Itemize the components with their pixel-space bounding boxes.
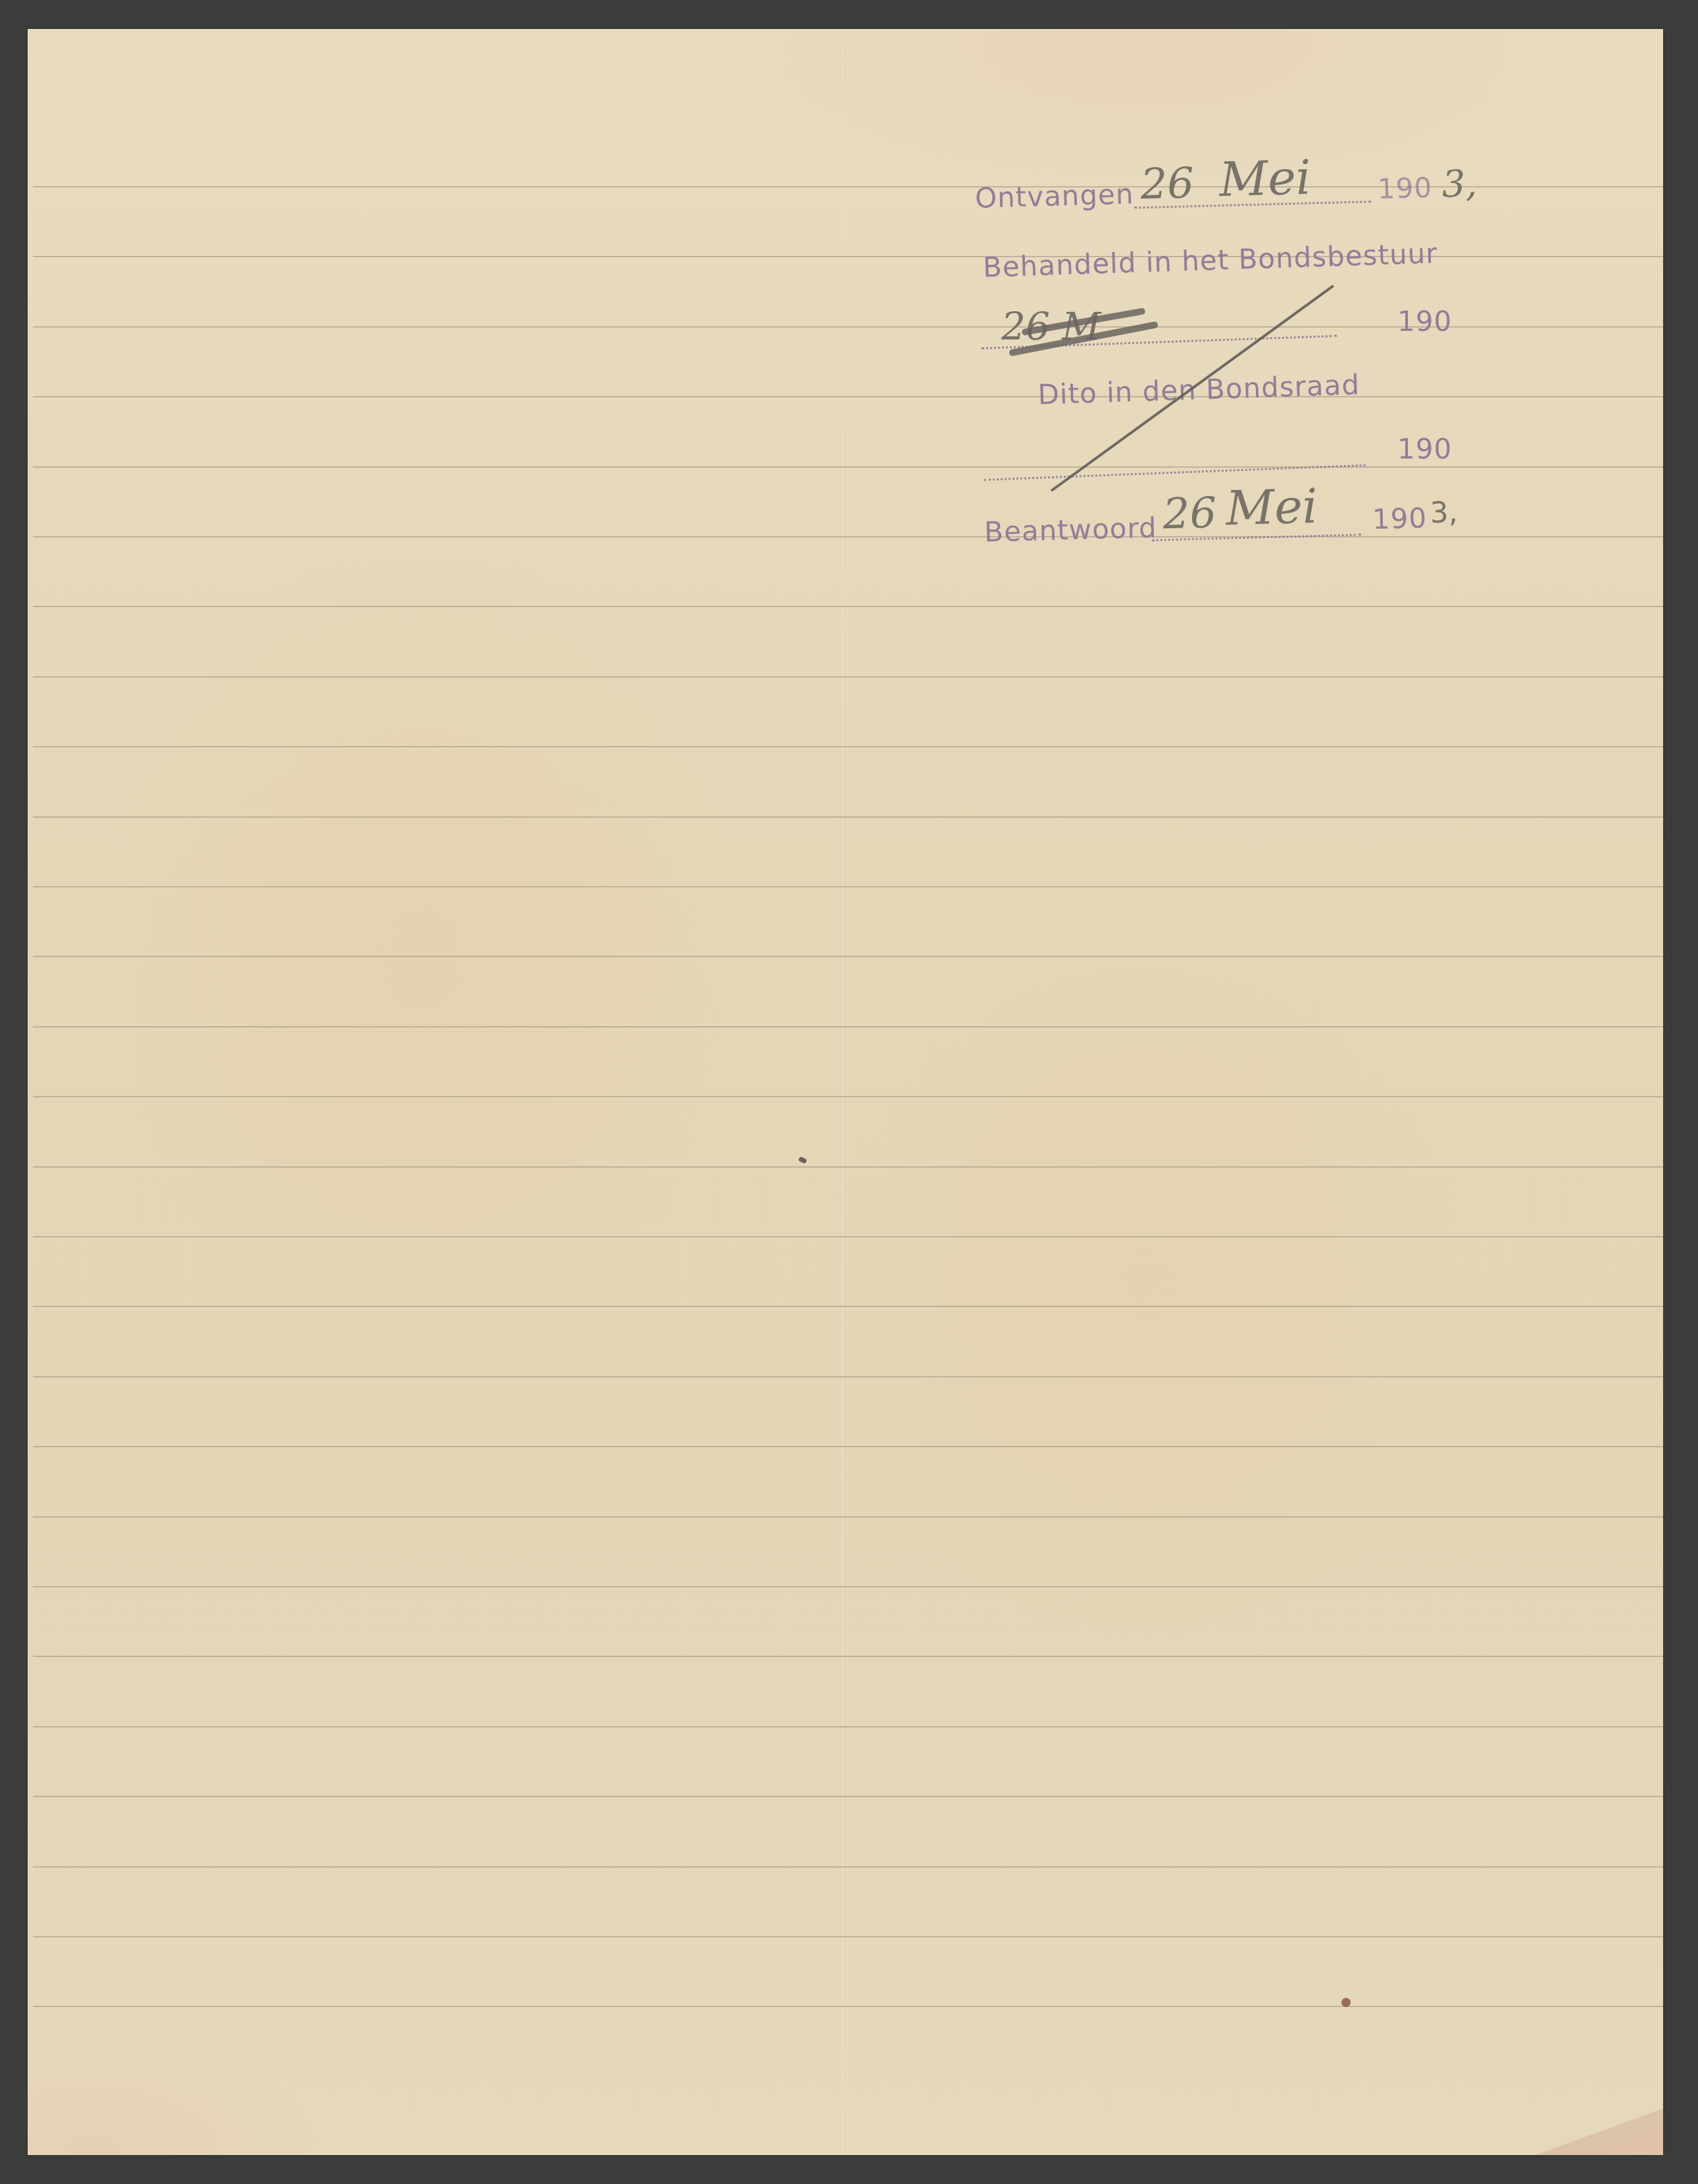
answered-year-handwritten: 3, — [1430, 496, 1458, 530]
rust-spot — [1341, 1998, 1351, 2007]
council-label: Dito in den Bondsraad — [1037, 368, 1361, 410]
ruled-line — [33, 746, 1663, 747]
vertical-fold-crease — [841, 29, 843, 2155]
answered-label: Beantwoord — [984, 511, 1158, 548]
stamp-row-answered: Beantwoord 26 Mei 190 3, — [942, 460, 1536, 555]
ruled-line — [33, 956, 1663, 957]
board-label: Behandeld in het Bondsbestuur — [982, 237, 1438, 284]
received-year-printed: 190 — [1377, 172, 1432, 205]
received-month-handwritten: Mei — [1218, 149, 1312, 207]
ruled-line — [33, 1096, 1663, 1097]
received-day-handwritten: 26 — [1140, 159, 1195, 209]
ruled-line — [33, 676, 1663, 678]
ruled-line — [33, 606, 1663, 607]
ruled-line — [33, 1936, 1663, 1937]
received-year-handwritten: 3, — [1441, 162, 1478, 206]
ruled-line — [33, 886, 1663, 887]
folded-corner — [1532, 2109, 1663, 2155]
ruled-line — [33, 1516, 1663, 1518]
ruled-line — [33, 1446, 1663, 1447]
ruled-line — [33, 1306, 1663, 1307]
ruled-line — [33, 1026, 1663, 1028]
answered-year-printed: 190 — [1372, 502, 1427, 535]
ruled-line — [33, 1796, 1663, 1797]
letter-sheet: Ontvangen 26 Mei 190 3, Behandeld in het… — [28, 29, 1663, 2155]
answered-day-handwritten: 26 — [1162, 489, 1217, 539]
ruled-line — [33, 1726, 1663, 1727]
ruled-line — [33, 1376, 1663, 1377]
ink-speck — [798, 1156, 807, 1164]
registration-stamp: Ontvangen 26 Mei 190 3, Behandeld in het… — [942, 147, 1534, 555]
answered-month-handwritten: Mei — [1225, 478, 1318, 536]
ruled-line — [33, 1586, 1663, 1587]
ruled-line — [33, 1656, 1663, 1657]
council-year-printed: 190 — [1397, 433, 1452, 465]
ruled-line — [33, 1866, 1663, 1868]
ruled-line — [33, 2006, 1663, 2007]
received-label: Ontvangen — [974, 178, 1134, 214]
board-year-printed: 190 — [1397, 305, 1452, 337]
ruled-line — [33, 1166, 1663, 1168]
ruled-line — [33, 816, 1663, 818]
ruled-line — [33, 1236, 1663, 1237]
